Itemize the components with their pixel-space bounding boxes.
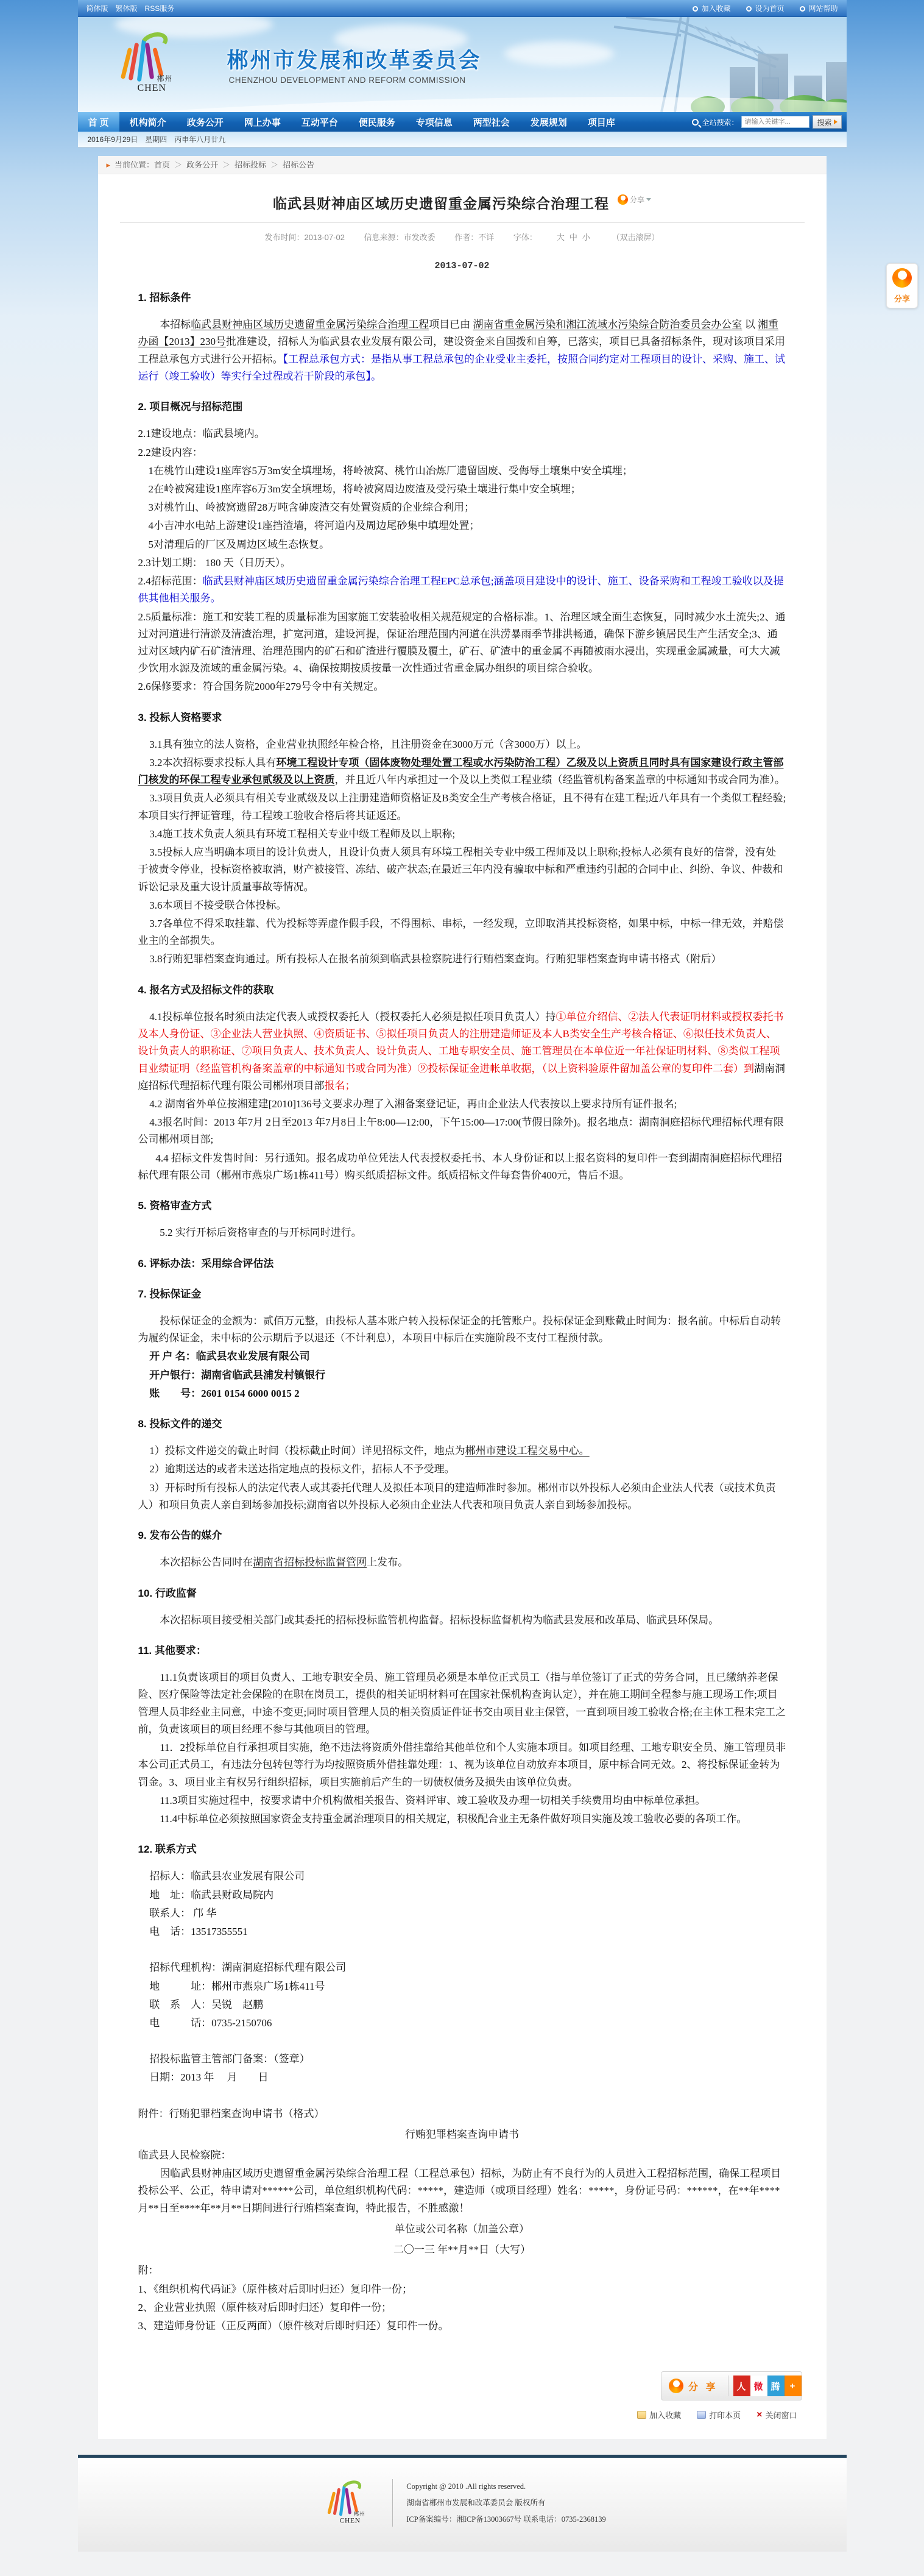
nav-item[interactable]: 机构简介 — [119, 112, 177, 132]
page-background: 简体版繁体版RSS服务 加入收藏设为首页网站帮助 — [0, 0, 924, 2576]
doc-text-run: 开户银行：湖南省临武县浦发村镇银行 — [149, 1369, 325, 1381]
doc-text-run: 投标保证金的金额为：贰佰万元整，由投标人基本账户转入投标保证金的托管账户。投标保… — [138, 1315, 781, 1344]
doc-text-run: 2.4招标范围： — [138, 575, 203, 587]
doc-paragraph: 因临武县财神庙区域历史遗留重金属污染综合治理工程（工程总承包）招标，为防止有不良… — [138, 2165, 786, 2217]
doc-paragraph: 2.2建设内容： — [138, 444, 786, 461]
doc-text-run: 4小吉冲水电站上游建设1座挡渣墙，将河道内及周边尾砂集中填埋处置； — [149, 520, 480, 531]
doc-text-run: 6. 评标办法：采用综合评估法 — [138, 1258, 274, 1269]
doc-text-run: 1. 招标条件 — [138, 292, 191, 303]
doc-text-run: 临武县财神庙区域历史遗留重金属污染综合治理工程 — [191, 319, 429, 330]
close-icon: × — [756, 2411, 762, 2419]
nav-item[interactable]: 两型社会 — [463, 112, 520, 132]
doc-paragraph: 3. 投标人资格要求 — [138, 709, 786, 726]
doc-paragraph: 2.6保修要求：符合国务院2000年279号令中有关规定。 — [138, 678, 786, 695]
doc-text-run: 3对桃竹山、岭被窝遗留28万吨含砷废渣交有处置资质的企业综合利用； — [149, 502, 475, 513]
site-search: 全站搜索： 搜索 — [692, 112, 846, 132]
doc-paragraph: 12. 联系方式 — [138, 1841, 786, 1858]
doc-text-run: 湖南省招标投标监督管网 — [253, 1556, 367, 1568]
doc-text-run: 二〇一三 年**月**日（大写） — [393, 2244, 531, 2255]
doc-paragraph — [138, 2033, 786, 2049]
doc-text-run: 招标人：临武县农业发展有限公司 — [149, 1870, 305, 1882]
floating-share-widget[interactable]: 分享 — [886, 263, 918, 308]
info-source: 信息来源：市发改委 — [364, 233, 436, 242]
doc-paragraph: 11.4中标单位必须按照国家资金支持重金属治理项目的相关规定，积极配合业主无条件… — [138, 1811, 786, 1828]
doc-text-run: 地 址：郴州市燕泉广场1栋411号 — [149, 1981, 325, 1992]
doc-paragraph: 1在桃竹山建设1座库容5万3m安全填埋场，将岭被窝、桃竹山冶炼厂遗留固废、受侮辱… — [138, 463, 786, 480]
breadcrumb: 当前位置：首页＞政务公开＞招标投标＞招标公告 — [98, 156, 827, 174]
breadcrumb-separator: ＞ — [222, 160, 230, 169]
site-logo: 郴州 CHEN — [119, 27, 180, 100]
printer-icon — [697, 2411, 706, 2419]
doc-text-run: 日期：2013 年 月 日 — [149, 2071, 269, 2083]
doc-text-run: 电 话：13517355551 — [149, 1926, 248, 1937]
search-arrow-icon — [834, 119, 838, 124]
nav-item[interactable]: 首 页 — [78, 112, 119, 132]
doc-text-run: 2在岭被窝建设1座库容6万3m安全填埋场，将岭被窝周边废渣及受污染土壤进行集中安… — [149, 483, 581, 495]
doc-paragraph: 投标保证金的金额为：贰佰万元整，由投标人基本账户转入投标保证金的托管账户。投标保… — [138, 1313, 786, 1347]
doc-text-run: 2）逾期送达的或者未送达指定地点的投标文件，招标人不予受理。 — [149, 1463, 455, 1475]
doc-text-run: 5对清理后的厂区及周边区域生态恢复。 — [149, 539, 330, 550]
publish-date: 发布时间：2013-07-02 — [264, 233, 345, 242]
doc-paragraph — [138, 2088, 786, 2104]
doc-paragraph: 电 话：13517355551 — [138, 1923, 786, 1940]
divider — [728, 2376, 728, 2396]
share-icon — [618, 194, 628, 205]
doc-text-run: 附件：行贿犯罪档案查询申请书（格式） — [138, 2108, 325, 2120]
chevron-down-icon — [646, 198, 651, 201]
doc-text-run: 附： — [138, 2265, 159, 2276]
doc-paragraph: 11. 其他要求： — [138, 1642, 786, 1659]
author: 作者：不详 — [454, 233, 494, 242]
site-banner: 郴州 CHEN 郴州市发展和改革委员会 CHENZHOU DEVELOPMENT… — [78, 17, 847, 112]
doc-text-run: 报名； — [325, 1080, 356, 1091]
action-label: 关闭窗口 — [765, 2409, 797, 2421]
font-size-label: 字体： — [513, 233, 537, 242]
doc-text-run: 4.4 招标文件发售时间：另行通知。报名成功单位凭法人代表授权委托书、本人身份证… — [138, 1152, 782, 1181]
doc-text-run: 账 号：2601 0154 6000 0015 2 — [149, 1388, 300, 1399]
font-size-option[interactable]: 小 — [582, 233, 590, 242]
doc-text-run: 5.2 实行开标后资格审查的与开标同时进行。 — [160, 1227, 362, 1238]
doc-paragraph: 临武县人民检察院： — [138, 2147, 786, 2164]
page-actions-row: 加入收藏打印本页×关闭窗口 — [98, 2409, 797, 2421]
doc-paragraph — [138, 1942, 786, 1958]
doc-text-run: 招标代理机构：湖南洞庭招标代理有限公司 — [149, 1962, 346, 1973]
doc-paragraph: 5. 资格审查方式 — [138, 1198, 786, 1215]
doc-paragraph: 2在岭被窝建设1座库容6万3m安全填埋场，将岭被窝周边废渣及受污染土壤进行集中安… — [138, 481, 786, 498]
doc-text-run: 3）开标时所有投标人的法定代表人或其委托代理人及拟任本项目的建造师准时参加。郴州… — [138, 1482, 776, 1511]
share-toolbar-label: 分 享 — [688, 2379, 718, 2393]
breadcrumb-separator: ＞ — [270, 160, 278, 169]
doc-paragraph: 4. 报名方式及招标文件的获取 — [138, 982, 786, 999]
doc-text-run: 开 户 名：临武县农业发展有限公司 — [149, 1350, 310, 1362]
doc-text-run: 地 址：临武县财政局院内 — [149, 1889, 273, 1901]
breadcrumb-item[interactable]: 首页 — [154, 160, 170, 169]
nav-item[interactable]: 发展规划 — [520, 112, 577, 132]
floating-share-label: 分享 — [887, 293, 917, 304]
doc-text-run: 3、建造师身份证（正反两面）（原件核对后即时归还）复印件一份。 — [138, 2320, 449, 2332]
doc-text-run: 2.3计划工期： 180 天（日历天）。 — [138, 557, 291, 569]
doc-text-run: 3. 投标人资格要求 — [138, 712, 222, 723]
doc-paragraph: 4小吉冲水电站上游建设1座挡渣墙，将河道内及周边尾砂集中填埋处置； — [138, 517, 786, 534]
doc-text-run: 临武县人民检察院： — [138, 2149, 231, 2161]
doc-text-run: 联系人： 邝 华 — [149, 1907, 217, 1919]
share-button[interactable]: 分享 — [618, 194, 651, 205]
nav-item[interactable]: 便民服务 — [348, 112, 406, 132]
content-box: 当前位置：首页＞政务公开＞招标投标＞招标公告 临武县财神庙区域历史遗留重金属污染… — [98, 156, 827, 2439]
date-bar: 2016年9月29日 星期四 丙申年八月廿九 — [78, 132, 847, 147]
doc-paragraph: 3.5投标人应当明确本项目的设计负责人，且设计负责人须具有环境工程相关专业中级工… — [138, 844, 786, 896]
search-button[interactable]: 搜索 — [813, 115, 841, 129]
doc-paragraph: 11.3项目实施过程中，按要求请中介机构做相关报告、资料评审、竣工验收及办理一切… — [138, 1792, 786, 1809]
doc-text-run: 4. 报名方式及招标文件的获取 — [138, 984, 274, 996]
doc-paragraph: 10. 行政监督 — [138, 1585, 786, 1602]
doc-text-run: 因临武县财神庙区域历史遗留重金属污染综合治理工程（工程总承包）招标，为防止有不良… — [138, 2168, 781, 2213]
tencent-weibo-icon[interactable]: 腾 — [767, 2376, 785, 2396]
doc-paragraph: 开 户 名：临武县农业发展有限公司 — [138, 1348, 786, 1365]
doc-paragraph: 1. 招标条件 — [138, 289, 786, 307]
doc-paragraph: 4.3报名时间：2013 年7月 2日至2013 年7月8日上午8:00—12:… — [138, 1114, 786, 1148]
doc-paragraph: 2）逾期送达的或者未送达指定地点的投标文件，招标人不予受理。 — [138, 1461, 786, 1478]
doc-text-run: 3.8行贿犯罪档案查询通过。所有投标人在报名前须到临武县检察院进行行贿档案查询。… — [149, 953, 721, 965]
search-input[interactable] — [741, 116, 809, 128]
more-share-icon[interactable]: + — [785, 2376, 802, 2396]
doc-paragraph: 2、企业营业执照（原件核对后即时归还）复印件一份； — [138, 2299, 786, 2316]
close-action[interactable]: ×关闭窗口 — [756, 2409, 797, 2421]
site-title: 郴州市发展和改革委员会 — [227, 44, 482, 74]
doc-paragraph: 3.6本项目不接受联合体投标。 — [138, 897, 786, 914]
share-toolbar-row: 分 享 人微腾+ — [98, 2371, 802, 2400]
doc-text-run: 9. 发布公告的媒介 — [138, 1530, 222, 1541]
doc-paragraph: 3.3项目负责人必须具有相关专业贰级及以上注册建造师资格证及B类安全生产考核合格… — [138, 790, 786, 824]
doc-paragraph: 行贿犯罪档案查询申请书 — [138, 2126, 786, 2143]
doc-paragraph: 联 系 人：吴锐 赵鹏 — [138, 1996, 786, 2014]
doc-text-run: 11.3项目实施过程中，按要求请中介机构做相关报告、资料评审、竣工验收及办理一切… — [160, 1795, 705, 1806]
doc-text-run: 2、企业营业执照（原件核对后即时归还）复印件一份； — [138, 2302, 392, 2313]
renren-icon[interactable]: 人 — [733, 2376, 750, 2396]
article-meta: 发布时间：2013-07-02 信息来源：市发改委 作者：不详 字体：大中小 （… — [120, 222, 805, 250]
doc-paragraph: 3、建造师身份证（正反两面）（原件核对后即时归还）复印件一份。 — [138, 2318, 786, 2335]
doc-paragraph: 开户银行：湖南省临武县浦发村镇银行 — [138, 1367, 786, 1384]
doc-paragraph: 4.2 湖南省外单位按湘建建[2010]136号文要求办理了入湘备案登记证，再由… — [138, 1096, 786, 1113]
doc-paragraph: 9. 发布公告的媒介 — [138, 1527, 786, 1544]
doc-text-run: 8. 投标文件的递交 — [138, 1418, 222, 1430]
footer-vertical-divider — [392, 2479, 393, 2527]
doc-paragraph: 3.8行贿犯罪档案查询通过。所有投标人在报名前须到临武县检察院进行行贿档案查询。… — [138, 951, 786, 968]
search-label: 全站搜索： — [702, 117, 738, 127]
doc-paragraph: 附： — [138, 2262, 786, 2279]
doc-paragraph: 4.4 招标文件发售时间：另行通知。报名成功单位凭法人代表授权委托书、本人身份证… — [138, 1150, 786, 1184]
doc-text-run: 3.5投标人应当明确本项目的设计负责人，且设计负责人须具有环境工程相关专业中级工… — [138, 846, 783, 892]
doc-paragraph: 7. 投标保证金 — [138, 1286, 786, 1303]
doc-text-run: 3.7各单位不得采取挂靠、代为投标等弄虚作假手段，不得围标、串标，一经发现，立即… — [138, 918, 784, 946]
topbar-link[interactable]: 简体版 — [86, 4, 108, 13]
doc-paragraph: 账 号：2601 0154 6000 0015 2 — [138, 1385, 786, 1402]
nav-item[interactable]: 专项信息 — [406, 112, 463, 132]
doc-paragraph: 地 址：郴州市燕泉广场1栋411号 — [138, 1978, 786, 1995]
doc-paragraph: 2.1建设地点：临武县境内。 — [138, 425, 786, 442]
doc-text-run: 湖南省重金属污染和湘江流域水污染综合防治委员会办公室 — [473, 319, 742, 330]
nav-item[interactable]: 项目库 — [577, 112, 626, 132]
font-size-option[interactable]: 中 — [570, 233, 577, 242]
scroll-hint: （双击滚屏） — [612, 233, 660, 242]
doc-text-run: 1）投标文件递交的截止时间（投标截止时间）详见招标文件，地点为 — [149, 1445, 465, 1457]
doc-paragraph: 3）开标时所有投标人的法定代表人或其委托代理人及拟任本项目的建造师准时参加。郴州… — [138, 1480, 786, 1514]
doc-paragraph: 11.1负责该项目的项目负责人、工地专职安全员、施工管理员必须是本单位正式员工（… — [138, 1669, 786, 1738]
doc-paragraph: 电 话：0735-2150706 — [138, 2015, 786, 2032]
footer: 郴州 CHEN Copyright @ 2010 .All rights res… — [78, 2458, 847, 2552]
bookmark-action[interactable]: 加入收藏 — [637, 2409, 681, 2421]
doc-text-run: 行贿犯罪档案查询申请书 — [405, 2129, 519, 2140]
footer-text: Copyright @ 2010 .All rights reserved.湖南… — [406, 2478, 605, 2528]
doc-text-run: 本招标 — [160, 319, 191, 330]
doc-text-run: 3.2本次招标要求投标人具有 — [149, 757, 276, 768]
topbar-link-label: 设为首页 — [755, 4, 784, 13]
topbar-link-label: 网站帮助 — [808, 4, 838, 13]
doc-paragraph: 2.4招标范围：临武县财神庙区域历史遗留重金属污染综合治理工程EPC总承包;涵盖… — [138, 573, 786, 607]
bookmark-icon — [637, 2411, 646, 2419]
site-subtitle: CHENZHOU DEVELOPMENT AND REFORM COMMISSI… — [229, 76, 466, 85]
nav-item[interactable]: 政务公开 — [177, 112, 234, 132]
doc-paragraph: 单位或公司名称（加盖公章） — [138, 2221, 786, 2238]
doc-text-run: 招投标监管主管部门备案：（签章） — [149, 2053, 310, 2065]
doc-text-run: 2.6保修要求：符合国务院2000年279号令中有关规定。 — [138, 681, 384, 692]
doc-paragraph: 招标人：临武县农业发展有限公司 — [138, 1868, 786, 1885]
doc-text-run: 3.6本项目不接受联合体投标。 — [149, 899, 286, 911]
breadcrumb-item[interactable]: 政务公开 — [186, 160, 218, 169]
doc-text-run: 3.4施工技术负责人须具有环境工程相关专业中级工程师及以上职称; — [149, 828, 455, 840]
doc-text-run: 本次招标公告同时在 — [160, 1556, 253, 1568]
doc-paragraph: 3.1具有独立的法人资格，企业营业执照经年检合格，且注册资金在3000万元（含3… — [138, 736, 786, 753]
breadcrumb-arrow-icon — [107, 160, 115, 169]
doc-text-run: 郴州市建设工程交易中心。 — [465, 1445, 590, 1457]
doc-text-run: 5. 资格审查方式 — [138, 1200, 212, 1212]
doc-paragraph: 2.3计划工期： 180 天（日历天）。 — [138, 555, 786, 572]
footer-logo: 郴州 CHEN — [326, 2477, 370, 2529]
article-date-line: 2013-07-02 — [98, 261, 827, 271]
doc-paragraph: 8. 投标文件的递交 — [138, 1416, 786, 1433]
font-size-option[interactable]: 大 — [557, 233, 565, 242]
share-widget-icon[interactable] — [669, 2379, 683, 2393]
doc-paragraph: 3.2本次招标要求投标人具有环境工程设计专项（固体废物处理处置工程或水污染防治工… — [138, 754, 786, 789]
doc-text-run: 4.2 湖南省外单位按湘建建[2010]136号文要求办理了入湘备案登记证，再由… — [149, 1098, 677, 1110]
breadcrumb-item[interactable]: 招标公告 — [283, 160, 314, 169]
doc-paragraph: 招标代理机构：湖南洞庭招标代理有限公司 — [138, 1959, 786, 1976]
spacer — [78, 147, 847, 156]
breadcrumb-separator: ＞ — [174, 160, 182, 169]
breadcrumb-item[interactable]: 招标投标 — [235, 160, 266, 169]
action-label: 加入收藏 — [649, 2409, 681, 2421]
doc-text-run: 项目已由 — [429, 319, 473, 330]
nav-items: 首 页机构简介政务公开网上办事互动平台便民服务专项信息两型社会发展规划项目库 — [78, 112, 693, 132]
doc-paragraph: 本次招标公告同时在湖南省招标投标监督管网上发布。 — [138, 1554, 786, 1571]
logo-en-text: CHEN — [138, 83, 167, 94]
logo-cn-text: 郴州 — [157, 73, 173, 83]
doc-text-run: 7. 投标保证金 — [138, 1288, 202, 1300]
doc-paragraph: 3.7各单位不得采取挂靠、代为投标等弄虚作假手段，不得围标、串标，一经发现，立即… — [138, 915, 786, 949]
doc-text-run: 临武县财神庙区域历史遗留重金属污染综合治理工程EPC总承包;涵盖项目建设中的设计… — [138, 575, 784, 604]
doc-paragraph: 5对清理后的厂区及周边区域生态恢复。 — [138, 536, 786, 553]
page-title: 临武县财神庙区域历史遗留重金属污染综合治理工程 — [273, 196, 609, 211]
action-label: 打印本页 — [709, 2409, 741, 2421]
printer-action[interactable]: 打印本页 — [697, 2409, 741, 2421]
doc-text-run: ，并且近八年内承担过一个及以上类似工程业绩（经监管机构备案盖章的中标通知书或合同… — [335, 774, 786, 786]
doc-text-run: 上发布。 — [367, 1556, 408, 1568]
doc-paragraph: 1、《组织机构代码证》（原件核对后即时归还）复印件一份； — [138, 2281, 786, 2298]
topbar-left-links: 简体版繁体版RSS服务 — [86, 3, 182, 13]
topbar-link-label: 加入收藏 — [701, 4, 730, 13]
doc-text-run: 2.1建设地点：临武县境内。 — [138, 428, 265, 439]
doc-text-run: 11.4中标单位必须按照国家资金支持重金属治理项目的相关规定，积极配合业主无条件… — [160, 1813, 747, 1825]
doc-text-run: 3.3项目负责人必须具有相关专业贰级及以上注册建造师资格证及B类安全生产考核合格… — [138, 792, 786, 821]
sina-weibo-icon[interactable]: 微 — [750, 2376, 767, 2396]
doc-paragraph: 3对桃竹山、岭被窝遗留28万吨含砷废渣交有处置资质的企业综合利用； — [138, 499, 786, 516]
breadcrumb-label: 当前位置： — [115, 160, 154, 169]
doc-paragraph: 3.4施工技术负责人须具有环境工程相关专业中级工程师及以上职称; — [138, 826, 786, 843]
doc-paragraph: 2. 项目概况与招标范围 — [138, 399, 786, 416]
doc-text-run: 1、《组织机构代码证》（原件核对后即时归还）复印件一份； — [138, 2283, 413, 2295]
doc-paragraph: 6. 评标办法：采用综合评估法 — [138, 1255, 786, 1272]
nav-item[interactable]: 互动平台 — [291, 112, 348, 132]
doc-text-run: 联 系 人：吴锐 赵鹏 — [149, 1999, 263, 2010]
share-toolbar: 分 享 人微腾+ — [661, 2371, 802, 2400]
doc-paragraph: 二〇一三 年**月**日（大写） — [138, 2241, 786, 2258]
doc-paragraph: 本招标临武县财神庙区域历史遗留重金属污染综合治理工程项目已由 湖南省重金属污染和… — [138, 316, 786, 385]
doc-paragraph: 附件：行贿犯罪档案查询申请书（格式） — [138, 2106, 786, 2123]
doc-text-run: 3.1具有独立的法人资格，企业营业执照经年检合格，且注册资金在3000万元（含3… — [149, 739, 587, 750]
doc-text-run: 4.3报名时间：2013 年7月 2日至2013 年7月8日上午8:00—12:… — [138, 1116, 784, 1145]
doc-text-run: 10. 行政监督 — [138, 1588, 197, 1599]
doc-paragraph: 地 址：临武县财政局院内 — [138, 1887, 786, 1904]
topbar-link[interactable]: 设为首页 — [746, 4, 784, 13]
topbar-link[interactable]: 繁体版 — [116, 4, 138, 13]
topbar-right-links: 加入收藏设为首页网站帮助 — [677, 3, 838, 13]
doc-text-run: 1在桃竹山建设1座库容5万3m安全填埋场，将岭被窝、桃竹山冶炼厂遗留固废、受侮辱… — [149, 465, 633, 477]
dot-icon — [800, 6, 805, 12]
topbar-link[interactable]: 网站帮助 — [800, 4, 838, 13]
share-icon — [892, 268, 912, 288]
footer-line-text: Copyright @ 2010 .All rights reserved. — [406, 2478, 605, 2495]
topbar-link[interactable]: RSS服务 — [145, 4, 175, 13]
doc-text-run: 以 — [742, 319, 758, 330]
main-nav: 首 页机构简介政务公开网上办事互动平台便民服务专项信息两型社会发展规划项目库 全… — [78, 112, 847, 132]
doc-text-run: 11.1负责该项目的项目负责人、工地专职安全员、施工管理员必须是本单位正式员工（… — [138, 1672, 786, 1735]
doc-text-run: 4.1投标单位报名时须由法定代表人或授权委托人（授权委托人必须是拟任项目负责人）… — [149, 1011, 555, 1023]
doc-paragraph: 2.5质量标准：施工和安装工程的质量标准为国家施工安装验收相关规范规定的合格标准… — [138, 609, 786, 678]
doc-paragraph: 日期：2013 年 月 日 — [138, 2069, 786, 2086]
nav-item[interactable]: 网上办事 — [234, 112, 291, 132]
footer-line-text: 湖南省郴州市发展和改革委员会 版权所有 — [406, 2495, 605, 2511]
dot-icon — [693, 6, 698, 12]
doc-paragraph: 4.1投标单位报名时须由法定代表人或授权委托人（授权委托人必须是拟任项目负责人）… — [138, 1009, 786, 1095]
document-body: 1. 招标条件本招标临武县财神庙区域历史遗留重金属污染综合治理工程项目已由 湖南… — [138, 289, 786, 2335]
search-icon — [692, 119, 699, 126]
doc-paragraph: 5.2 实行开标后资格审查的与开标同时进行。 — [138, 1224, 786, 1241]
doc-paragraph: 1）投标文件递交的截止时间（投标截止时间）详见招标文件，地点为郴州市建设工程交易… — [138, 1442, 786, 1460]
doc-text-run: 电 话：0735-2150706 — [149, 2017, 272, 2029]
doc-text-run: 2.5质量标准：施工和安装工程的质量标准为国家施工安装验收相关规范规定的合格标准… — [138, 611, 786, 675]
doc-text-run: 单位或公司名称（加盖公章） — [395, 2223, 529, 2235]
article-header: 临武县财神庙区域历史遗留重金属污染综合治理工程分享 — [98, 174, 827, 222]
doc-text-run: 11．2投标单位自行承担项目实施，绝不违法将资质外借挂靠给其他单位和个人实施本项… — [138, 1742, 786, 1787]
doc-text-run: 2.2建设内容： — [138, 447, 203, 458]
doc-paragraph: 本次招标项目接受相关部门或其委托的招标投标监管机构监督。招标投标监督机构为临武县… — [138, 1612, 786, 1629]
top-utility-bar: 简体版繁体版RSS服务 加入收藏设为首页网站帮助 — [78, 0, 847, 17]
doc-text-run: 11. 其他要求： — [138, 1645, 206, 1656]
doc-paragraph: 联系人： 邝 华 — [138, 1905, 786, 1922]
topbar-link[interactable]: 加入收藏 — [693, 4, 730, 13]
doc-text-run: 本次招标项目接受相关部门或其委托的招标投标监管机构监督。招标投标监督机构为临武县… — [160, 1614, 719, 1626]
doc-text-run: 12. 联系方式 — [138, 1843, 197, 1855]
doc-paragraph: 招投标监管主管部门备案：（签章） — [138, 2051, 786, 2068]
dot-icon — [746, 6, 752, 12]
footer-line-text: ICP备案编号：湘ICP备13003667号 联系电话：0735-2368139 — [406, 2511, 605, 2528]
doc-text-run: 2. 项目概况与招标范围 — [138, 401, 243, 413]
doc-paragraph: 11．2投标单位自行承担项目实施，绝不违法将资质外借挂靠给其他单位和个人实施本项… — [138, 1739, 786, 1791]
